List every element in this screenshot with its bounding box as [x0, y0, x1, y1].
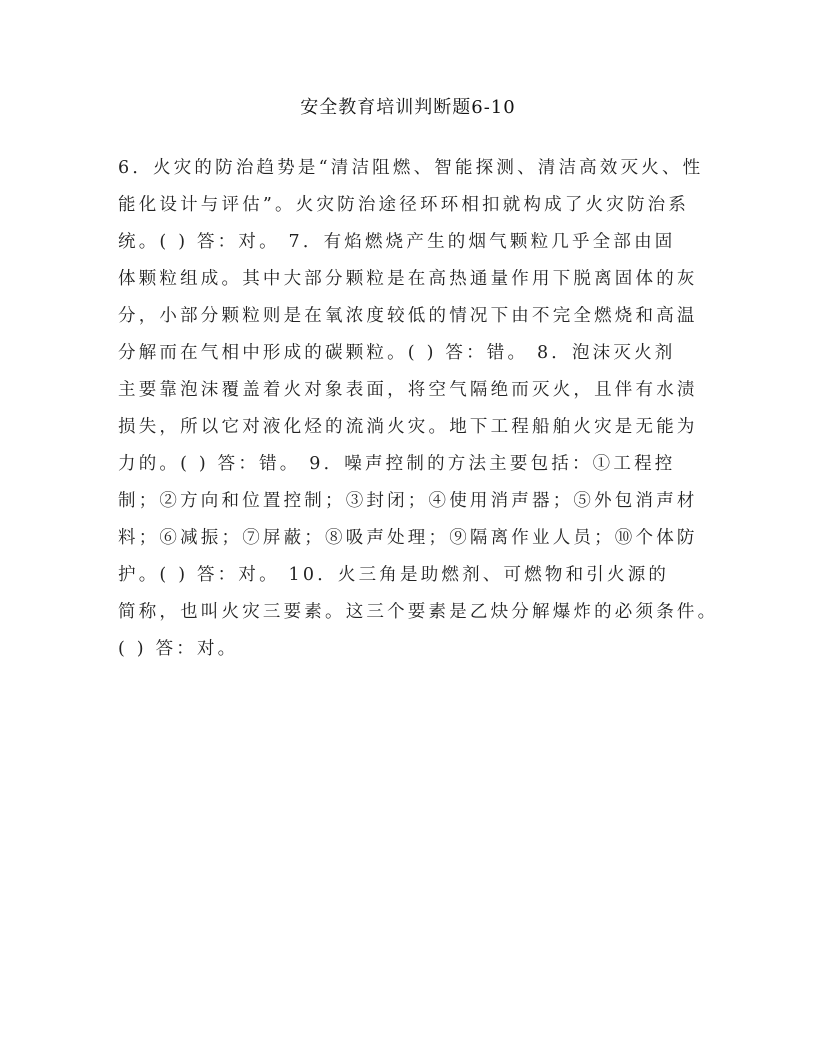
text-line: 6．火灾的防治趋势是“清洁阻燃、智能探测、清洁高效灭火、性	[118, 150, 708, 187]
text-line: 分解而在气相中形成的碳颗粒。( ) 答：错。 8．泡沫灭火剂	[118, 335, 708, 372]
document-page: 安全教育培训判断题6-10 6．火灾的防治趋势是“清洁阻燃、智能探测、清洁高效灭…	[0, 0, 816, 1056]
text-line: 力的。( ) 答：错。 9．噪声控制的方法主要包括：①工程控	[118, 446, 708, 483]
text-line: 制；②方向和位置控制；③封闭；④使用消声器；⑤外包消声材	[118, 483, 708, 520]
text-line: 能化设计与评估”。火灾防治途径环环相扣就构成了火灾防治系	[118, 187, 708, 224]
document-body: 6．火灾的防治趋势是“清洁阻燃、智能探测、清洁高效灭火、性 能化设计与评估”。火…	[118, 150, 708, 668]
text-line: 料；⑥减振；⑦屏蔽；⑧吸声处理；⑨隔离作业人员；⑩个体防	[118, 520, 708, 557]
text-line: 主要靠泡沫覆盖着火对象表面，将空气隔绝而灭火，且伴有水渍	[118, 372, 708, 409]
text-line: 简称，也叫火灾三要素。这三个要素是乙炔分解爆炸的必须条件。	[118, 594, 708, 631]
text-line: 体颗粒组成。其中大部分颗粒是在高热通量作用下脱离固体的灰	[118, 261, 708, 298]
text-line: 护。( ) 答：对。 10．火三角是助燃剂、可燃物和引火源的	[118, 557, 708, 594]
document-title: 安全教育培训判断题6-10	[0, 96, 816, 120]
text-line: ( ) 答：对。	[118, 631, 708, 668]
text-line: 分，小部分颗粒则是在氧浓度较低的情况下由不完全燃烧和高温	[118, 298, 708, 335]
text-line: 损失，所以它对液化烃的流淌火灾。地下工程船舶火灾是无能为	[118, 409, 708, 446]
text-line: 统。( ) 答：对。 7．有焰燃烧产生的烟气颗粒几乎全部由固	[118, 224, 708, 261]
